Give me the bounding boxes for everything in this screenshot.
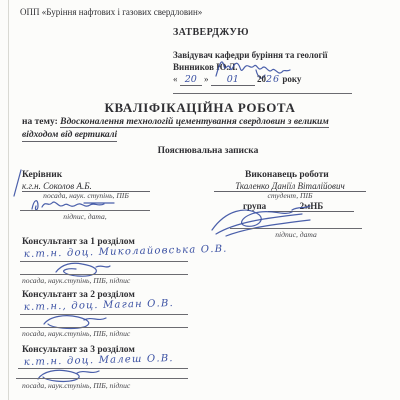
approve-underline <box>173 93 352 94</box>
topic-line2: відходом від вертикалі <box>22 130 117 142</box>
approve-title: ЗАТВЕРДЖУЮ <box>173 27 249 39</box>
date-century: 20 <box>257 74 266 84</box>
program-line: ОПП «Буріння нафтових і газових свердлов… <box>20 7 202 17</box>
date-day-handwritten: 20 <box>180 75 202 86</box>
date-year-handwritten: 26 <box>266 74 280 85</box>
consultant-2-caption: посада, наук.ступінь, ПІБ, підпис <box>22 330 130 339</box>
consultant-3-caption: посада, наук.ступінь, ПІБ, підпис <box>22 382 130 391</box>
date-quote-close: » <box>204 74 209 84</box>
consultant-2-line-2 <box>20 327 188 328</box>
document-page: ОПП «Буріння нафтових і газових свердлов… <box>0 0 400 400</box>
consultant-1-line-2 <box>20 274 188 275</box>
date-quote-open: « <box>173 74 178 84</box>
work-subtitle: Пояснювальна записка <box>0 146 400 157</box>
work-title: КВАЛІФІКАЦІЙНА РОБОТА <box>0 101 400 116</box>
date-month-handwritten: 01 <box>211 75 255 86</box>
executor-sign-line <box>230 228 362 229</box>
date-suffix: року <box>282 74 301 84</box>
executor-label: Виконавець роботи <box>245 170 329 181</box>
scan-edge-line <box>8 0 9 400</box>
executor-caption-sign: підпис, дата <box>230 231 362 240</box>
supervisor-label: Керівник <box>22 170 62 181</box>
approve-date-line: « 20 » 01 2026 року <box>173 74 301 86</box>
supervisor-sign-line <box>20 210 150 211</box>
topic-label: на тему: <box>22 117 58 127</box>
topic-line1: Вдосконалення технологій цементування св… <box>60 117 329 128</box>
supervisor-caption-sign: підпис, дата, <box>20 213 150 222</box>
consultant-1-caption: посада, наук.ступінь, ПІБ, підпис <box>22 277 130 286</box>
consultant-3-line-2 <box>16 378 188 379</box>
